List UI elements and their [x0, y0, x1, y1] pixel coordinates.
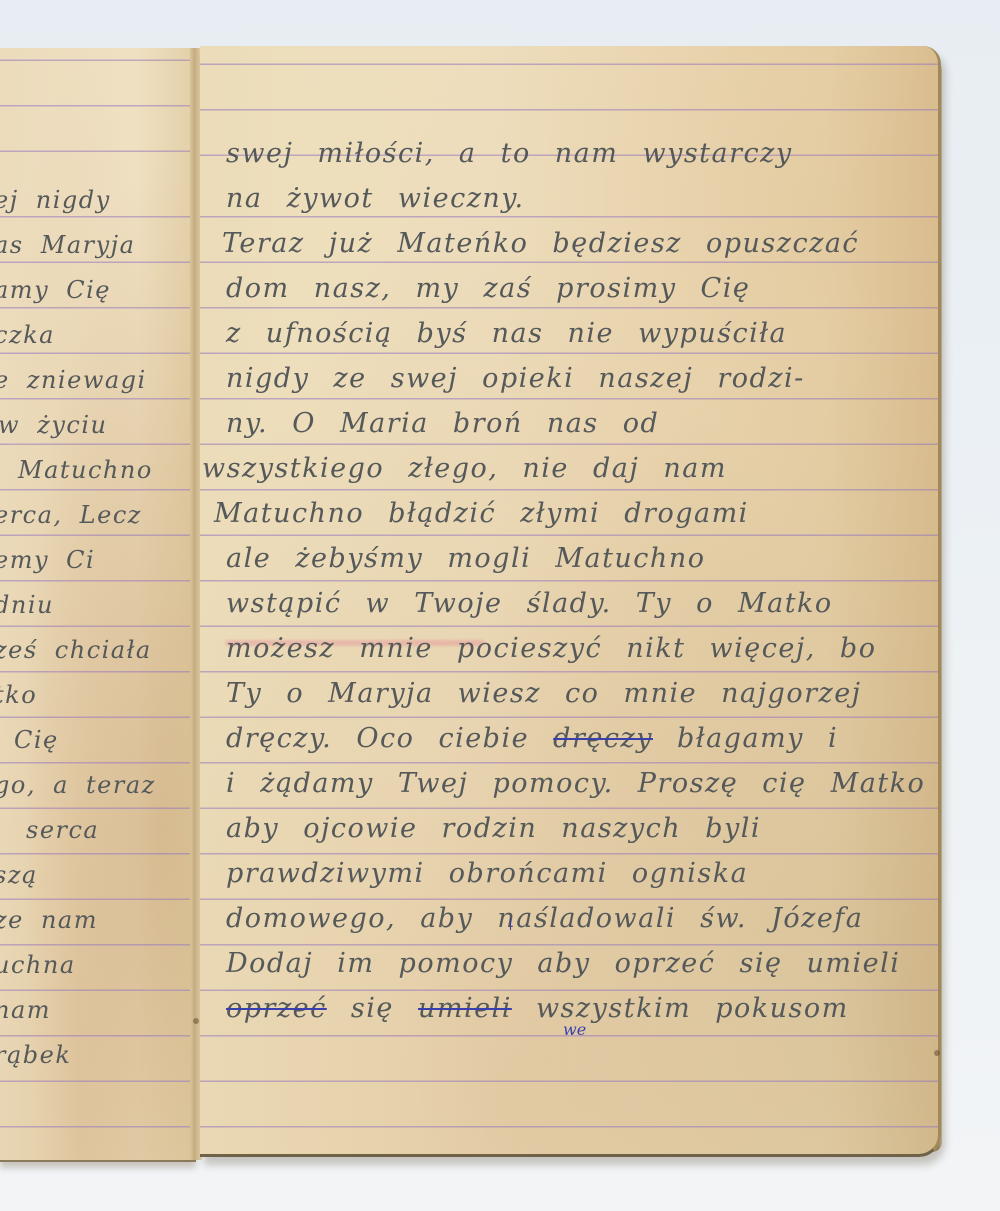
handwritten-line: aby ojcowie rodzin naszych byli	[226, 813, 761, 844]
handwritten-line: go, a teraz	[0, 771, 156, 799]
blue-insertion-note: we	[563, 1020, 586, 1039]
scanned-notebook-spread: ej nigdy as Maryja amy Cię czka e zniewa…	[0, 0, 1000, 1211]
handwritten-line: serca	[26, 816, 99, 844]
handwritten-line: ześ chciała	[0, 636, 152, 664]
handwritten-line: Teraz już Mateńko będziesz opuszczać	[222, 228, 859, 259]
handwritten-line: wstąpić w Twoje ślady. Ty o Matko	[226, 588, 833, 619]
handwritten-line: ny. O Maria broń nas od	[226, 408, 659, 439]
handwritten-line: rąbek	[0, 1041, 71, 1069]
handwritten-line: Cię	[14, 726, 59, 754]
handwritten-line: tko	[0, 681, 37, 709]
blue-ink-mark	[510, 918, 511, 930]
handwritten-line: nigdy ze swej opieki naszej rodzi-	[226, 363, 805, 394]
struck-word: oprzeć	[226, 993, 327, 1024]
handwritten-line: e zniewagi	[0, 366, 147, 394]
left-page: ej nigdy as Maryja amy Cię czka e zniewa…	[0, 48, 196, 1162]
handwritten-line: Matuchno błądzić złymi drogami	[214, 498, 749, 529]
stain-mark	[934, 1050, 940, 1056]
handwritten-line: Ty o Maryja wiesz co mnie najgorzej	[226, 678, 862, 709]
handwritten-line: amy Cię	[0, 276, 111, 304]
handwritten-line: ale żebyśmy mogli Matuchno	[226, 543, 705, 574]
handwritten-line: ej nigdy	[0, 186, 111, 214]
struck-word: umieli	[418, 993, 512, 1024]
handwritten-line: w życiu	[0, 411, 107, 439]
handwritten-line: oprzeć się umieli wszystkim pokusom	[226, 993, 849, 1024]
handwritten-line: dniu	[0, 591, 54, 619]
handwritten-line: ze nam	[0, 906, 98, 934]
handwritten-line: uchna	[0, 951, 76, 979]
handwritten-line: wszystkiego złego, nie daj nam	[202, 453, 727, 484]
handwritten-line: czka	[0, 321, 55, 349]
handwritten-line: domowego, aby naśladowali św. Józefa	[226, 903, 863, 934]
handwritten-line: dręczy. Oco ciebie dręczy błagamy i	[226, 723, 838, 754]
handwritten-line: Dodaj im pomocy aby oprzeć się umieli	[226, 948, 900, 979]
handwritten-line: Matuchno	[18, 456, 153, 484]
handwritten-line: możesz mnie pocieszyć nikt więcej, bo	[226, 633, 876, 664]
handwritten-line: na żywot wieczny.	[226, 183, 525, 214]
stain-mark	[193, 1018, 199, 1024]
handwritten-line: szą	[0, 861, 38, 889]
handwritten-line: emy Ci	[0, 546, 95, 574]
handwritten-line: prawdziwymi obrońcami ogniska	[226, 858, 748, 889]
line-text: się	[351, 993, 394, 1024]
handwritten-line: dom nasz, my zaś prosimy Cię	[226, 273, 750, 304]
handwritten-line: nam	[0, 996, 51, 1024]
handwritten-line: erca, Lecz	[0, 501, 142, 529]
handwritten-line: i żądamy Twej pomocy. Proszę cię Matko	[226, 768, 925, 799]
struck-word: dręczy	[553, 723, 653, 754]
handwritten-line: z ufnością byś nas nie wypuściła	[226, 318, 787, 349]
handwritten-line: as Maryja	[0, 231, 135, 259]
handwritten-line: swej miłości, a to nam wystarczy	[226, 138, 793, 169]
line-text: błagamy i	[677, 723, 838, 754]
line-text: dręczy. Oco ciebie	[226, 723, 529, 754]
